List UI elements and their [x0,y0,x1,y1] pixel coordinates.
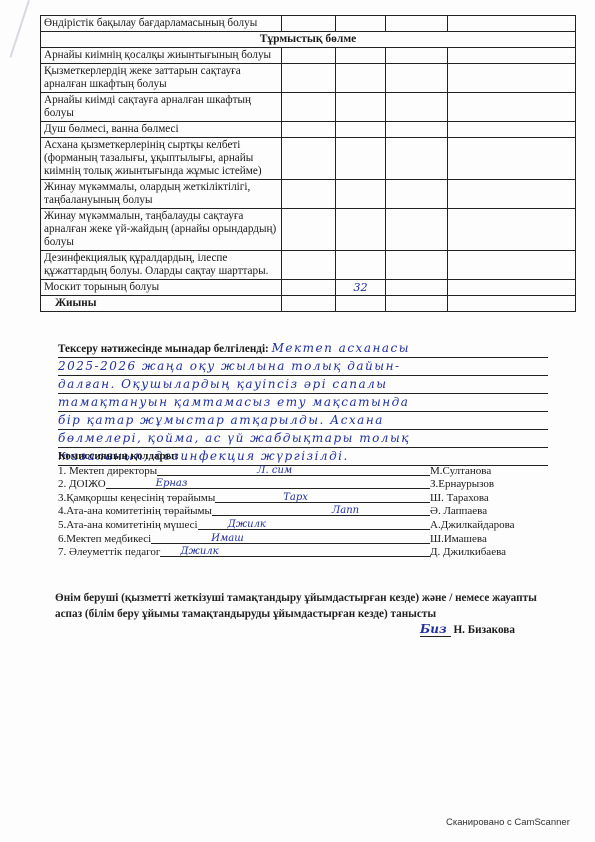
score-cell [386,64,448,93]
score-cell [386,280,448,296]
signature: Лапп [332,504,359,517]
score-cell [336,251,386,280]
score-cell [336,48,386,64]
table-row: Өндірістік бақылау бағдарламасының болуы [41,16,576,32]
member-name: З.Ернаурызов [430,478,548,491]
score-cell [386,251,448,280]
score-cell [386,93,448,122]
member-role: 5.Ата-ана комитетінің мүшесі [58,519,198,532]
score-cell [448,209,576,251]
signature-line: Л. сим [157,465,430,476]
score-cell [336,93,386,122]
commission-member-row: 7. Әлеуметтік педагог Джилк Д. Джилкибае… [58,546,548,560]
score-cell [336,138,386,180]
score-cell [448,64,576,93]
findings-line: бөлмелері, қойма, ас үй жабдықтары толық [58,430,548,448]
findings-line: тамақтануын қамтамасыз ету мақсатында [58,394,548,412]
findings-line: далған. Оқушылардың қауіпсіз әрі сапалы [58,376,548,394]
member-role: 3.Қамқоршы кеңесінің төрайымы [58,492,215,505]
criterion-name: Жиыны [41,296,282,312]
findings-line: Тексеру нәтижесінде мынадар белгіленді: … [58,340,548,358]
signature-line: Лапп [212,505,430,516]
commission-member-row: 6.Мектеп медбикесі Имаш Ш.Имашева [58,532,548,546]
score-cell [386,122,448,138]
section-title: Тұрмыстық бөлме [41,32,576,48]
table-row: Москит торының болуы32 [41,280,576,296]
score-cell [448,180,576,209]
score-cell [282,16,336,32]
commission-member-row: 4.Ата-ана комитетінің төрайымы Лапп Ә. Л… [58,505,548,519]
score-cell [336,64,386,93]
score-cell [282,48,336,64]
score-cell [336,209,386,251]
score-cell [386,138,448,180]
score-cell: 32 [336,280,386,296]
signature-line: Джилк [160,546,430,557]
score-cell [386,209,448,251]
member-name: Д. Джилкибаева [430,546,548,559]
signature: Ерназ [156,477,188,490]
score-cell [448,296,576,312]
signature-line: Тарх [215,492,430,503]
table-row: Арнайы киімді сақтауға арналған шкафтың … [41,93,576,122]
member-name: Ш.Имашева [430,533,548,546]
score-cell [386,16,448,32]
score-cell [282,122,336,138]
commission-title: Комиссияның қолдары: [58,450,548,464]
score-cell [386,180,448,209]
criterion-name: Асхана қызметкерлерінің сыртқы келбеті (… [41,138,282,180]
score-cell [386,296,448,312]
findings-line: 2025-2026 жаңа оқу жылына толық дайын- [58,358,548,376]
score-cell [282,138,336,180]
signature: Джилк [180,545,218,558]
signature: Л. сим [257,464,292,477]
commission-member-row: 2. ДОІЖО Ерназ З.Ернаурызов [58,478,548,492]
member-role: 7. Әлеуметтік педагог [58,546,160,559]
criterion-name: Жинау мүкәммалы, олардың жеткіліктілігі,… [41,180,282,209]
score-cell [448,280,576,296]
table-row: Жинау мүкәммалын, таңбалауды сақтауға ар… [41,209,576,251]
acknowledgement-text: Өнім беруші (қызметті жеткізуші тамақтан… [55,590,555,622]
member-name: Ш. Тарахова [430,492,548,505]
commission-member-row: 3.Қамқоршы кеңесінің төрайымы Тарх Ш. Та… [58,491,548,505]
signer-name: Н. Бизакова [453,624,514,636]
member-role: 2. ДОІЖО [58,478,106,491]
score-cell [282,209,336,251]
findings-line: бір қатар жұмыстар атқарылды. Асхана [58,412,548,430]
score-cell [282,180,336,209]
criterion-name: Өндірістік бақылау бағдарламасының болуы [41,16,282,32]
score-cell [448,16,576,32]
score-cell [448,122,576,138]
score-cell [282,296,336,312]
commission-member-row: 5.Ата-ана комитетінің мүшесі Джилк А.Джи… [58,518,548,532]
criterion-name: Москит торының болуы [41,280,282,296]
signature-line: Джилк [198,519,430,530]
signature-line: Ерназ [106,478,430,489]
table-row: Жинау мүкәммалы, олардың жеткіліктілігі,… [41,180,576,209]
scanner-watermark: Сканировано с CamScanner [446,817,570,828]
signature: Тарх [283,491,308,504]
commission-member-row: 1. Мектеп директоры Л. сим М.Султанова [58,464,548,478]
table-row: Арнайы киімнің қосалқы жиынтығының болуы [41,48,576,64]
score-cell [336,122,386,138]
table-row: Асхана қызметкерлерінің сыртқы келбеті (… [41,138,576,180]
score-cell [386,48,448,64]
section-header-row: Тұрмыстық бөлме [41,32,576,48]
total-row: Жиыны [41,296,576,312]
table-row: Қызметкерлердің жеке заттарын сақтауға а… [41,64,576,93]
inspection-table: Өндірістік бақылау бағдарламасының болуы… [40,15,576,312]
signature: Джилк [228,518,266,531]
score-cell [282,64,336,93]
member-name: М.Султанова [430,465,548,478]
signature: Имаш [211,532,243,545]
criterion-name: Душ бөлмесі, ванна бөлмесі [41,122,282,138]
handwritten-text: Мектеп асханасы [272,341,410,355]
signature: Биз [420,622,451,637]
score-cell [282,93,336,122]
commission-signatures: Комиссияның қолдары: 1. Мектеп директоры… [58,450,548,559]
member-role: 4.Ата-ана комитетінің төрайымы [58,505,212,518]
score-cell [448,48,576,64]
member-role: 6.Мектеп медбикесі [58,533,151,546]
criterion-name: Жинау мүкәммалын, таңбалауды сақтауға ар… [41,209,282,251]
findings-label: Тексеру нәтижесінде мынадар белгіленді: [58,343,269,355]
member-role: 1. Мектеп директоры [58,465,157,478]
score-cell [282,251,336,280]
criterion-name: Арнайы киімнің қосалқы жиынтығының болуы [41,48,282,64]
score-cell [336,16,386,32]
score-cell [448,251,576,280]
score-cell [336,180,386,209]
score-cell [448,138,576,180]
criterion-name: Дезинфекциялық құралдардың, ілеспе құжат… [41,251,282,280]
criterion-name: Қызметкерлердің жеке заттарын сақтауға а… [41,64,282,93]
score-cell [282,280,336,296]
table-row: Дезинфекциялық құралдардың, ілеспе құжат… [41,251,576,280]
page-fold-mark [9,0,29,58]
score-cell [336,296,386,312]
criterion-name: Арнайы киімді сақтауға арналған шкафтың … [41,93,282,122]
signature-line: Имаш [151,533,430,544]
acknowledgement-signature: Биз Н. Бизакова [420,622,515,636]
member-name: Ә. Лаппаева [430,505,548,518]
table-row: Душ бөлмесі, ванна бөлмесі [41,122,576,138]
member-name: А.Джилкайдарова [430,519,548,532]
score-cell [448,93,576,122]
findings-block: Тексеру нәтижесінде мынадар белгіленді: … [58,340,548,466]
